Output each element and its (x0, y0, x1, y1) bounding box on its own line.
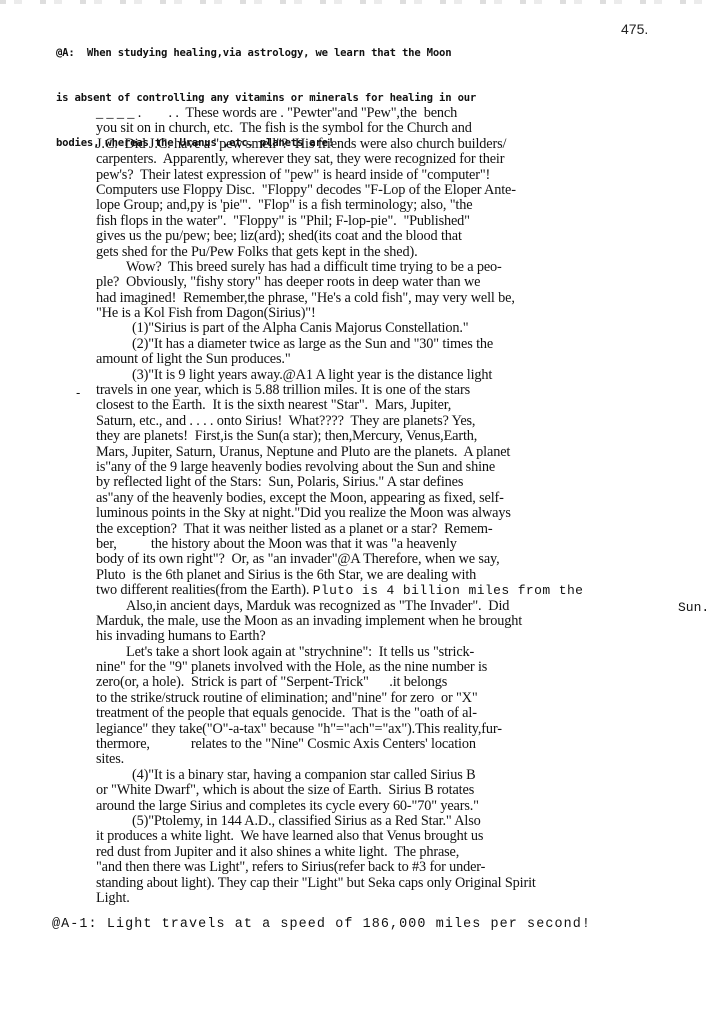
text-line: as"any of the heavenly bodies, except th… (96, 491, 676, 506)
text-line: luminous points in the Sky at night."Did… (96, 506, 676, 521)
page-number: 475. (621, 21, 648, 37)
text-line: you sit on in church, etc. The fish is t… (96, 121, 676, 136)
text-line: zero(or, a hole). Strick is part of "Ser… (96, 675, 676, 690)
text-line: to the strike/struck routine of eliminat… (96, 691, 676, 706)
text-line: they are planets! First,is the Sun(a sta… (96, 429, 676, 444)
text-line: (3)"It is 9 light years away.@A1 A light… (96, 368, 676, 383)
text-line: ber, the history about the Moon was that… (96, 537, 676, 552)
text-line: standing about light). They cap their "L… (96, 876, 676, 891)
text-segment: two different realities(from the Earth). (96, 582, 309, 598)
text-line: sites. (96, 752, 676, 767)
text-line: ple? Obviously, "fishy story" has deeper… (96, 275, 676, 290)
text-line: Saturn, etc., and . . . . onto Sirius! W… (96, 414, 676, 429)
text-line: (4)"It is a binary star, having a compan… (96, 768, 676, 783)
text-line: thermore, relates to the "Nine" Cosmic A… (96, 737, 676, 752)
text-line: lope Group; and,py is 'pie'". "Flop" is … (96, 198, 676, 213)
text-line: two different realities(from the Earth).… (96, 583, 676, 598)
typed-insert-note: Pluto is 4 billion miles from the (313, 583, 584, 598)
text-line: legiance" they take("O"-a-tax" because "… (96, 722, 676, 737)
text-line: J.C. Did J.C. have a "pew smell"? His fr… (96, 137, 676, 152)
text-line: Also,in ancient days, Marduk was recogni… (96, 599, 676, 614)
text-line: by reflected light of the Stars: Sun, Po… (96, 475, 676, 490)
text-line: Light. (96, 891, 676, 906)
text-line: had imagined! Remember,the phrase, "He's… (96, 291, 676, 306)
text-line: (1)"Sirius is part of the Alpha Canis Ma… (96, 321, 676, 336)
text-line: Pluto is the 6th planet and Sirius is th… (96, 568, 676, 583)
text-line: travels in one year, which is 5.88 trill… (96, 383, 676, 398)
text-line: Wow? This breed surely has had a difficu… (96, 260, 676, 275)
text-line: amount of light the Sun produces." (96, 352, 676, 367)
text-line: "He is a Kol Fish from Dagon(Sirius)"! (96, 306, 676, 321)
text-line: around the large Sirius and completes it… (96, 799, 676, 814)
margin-note: Sun. (678, 600, 709, 615)
text-line: Mars, Jupiter, Saturn, Uranus, Neptune a… (96, 445, 676, 460)
text-line: or "White Dwarf", which is about the siz… (96, 783, 676, 798)
text-line: (5)"Ptolemy, in 144 A.D., classified Sir… (96, 814, 676, 829)
text-line: closest to the Earth. It is the sixth ne… (96, 398, 676, 413)
text-line: carpenters. Apparently, wherever they sa… (96, 152, 676, 167)
text-line: red dust from Jupiter and it also shines… (96, 845, 676, 860)
scan-artifact (0, 0, 720, 4)
text-line: fish flops in the water". "Floppy" is "P… (96, 214, 676, 229)
body-text: _ _ _ _ . . . These words are . "Pewter"… (96, 106, 676, 906)
text-line: nine" for the "9" planets involved with … (96, 660, 676, 675)
text-line: it produces a white light. We have learn… (96, 829, 676, 844)
header-note-line: @A: When studying healing,via astrology,… (56, 46, 616, 61)
text-line: treatment of the people that equals geno… (96, 706, 676, 721)
text-line: (2)"It has a diameter twice as large as … (96, 337, 676, 352)
margin-dash-mark: - (76, 385, 80, 400)
text-line: _ _ _ _ . . . These words are . "Pewter"… (96, 106, 676, 121)
text-line: Computers use Floppy Disc. "Floppy" deco… (96, 183, 676, 198)
text-line: the exception? That it was neither liste… (96, 522, 676, 537)
text-line: gives us the pu/pew; bee; liz(ard); shed… (96, 229, 676, 244)
text-line: Let's take a short look again at "strych… (96, 645, 676, 660)
text-line: Marduk, the male, use the Moon as an inv… (96, 614, 676, 629)
text-line: pew's? Their latest expression of "pew" … (96, 168, 676, 183)
text-line: gets shed for the Pu/Pew Folks that gets… (96, 245, 676, 260)
text-line: is"any of the 9 large heavenly bodies re… (96, 460, 676, 475)
text-line: body of its own right"? Or, as "an invad… (96, 552, 676, 567)
footnote: @A-1: Light travels at a speed of 186,00… (52, 917, 591, 932)
text-line: his invading humans to Earth? (96, 629, 676, 644)
header-note-line: is absent of controlling any vitamins or… (56, 91, 616, 106)
text-line: "and then there was Light", refers to Si… (96, 860, 676, 875)
